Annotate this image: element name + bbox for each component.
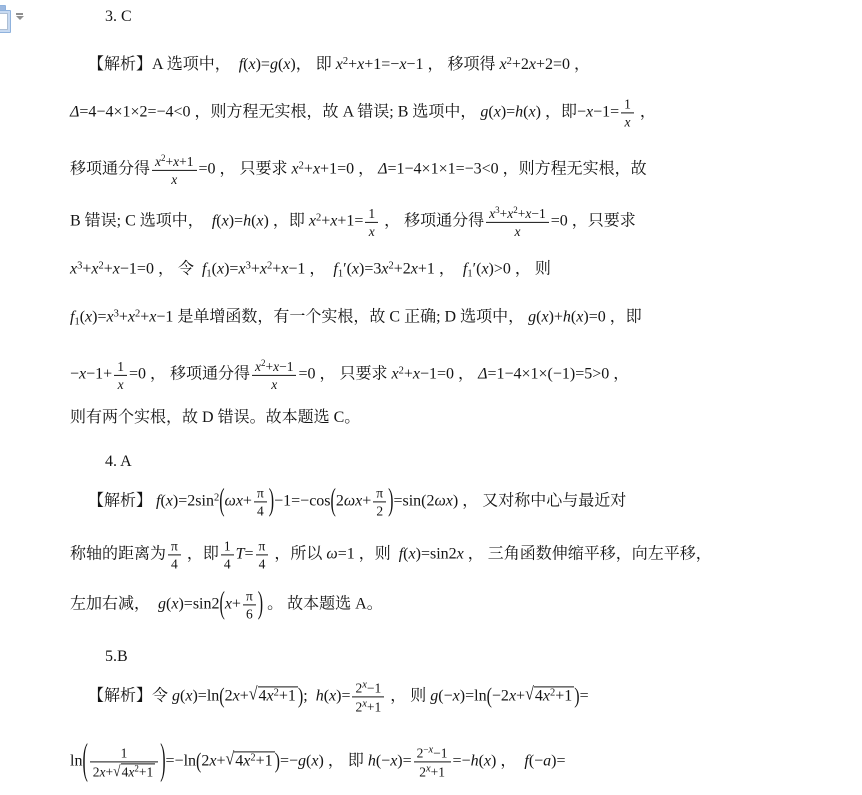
text-line-1: 3. C: [105, 7, 132, 27]
text-line-10: 4. A: [105, 452, 132, 472]
text-line-7: f1(x)=x3+x2+x−1 是单增函数，有一个实根，故 C 正确; D 选项…: [70, 307, 642, 328]
paste-options-button[interactable]: [0, 7, 29, 33]
text-line-9: 则有两个实根，故 D 错误。故本题选 C。: [70, 408, 360, 428]
text-line-5: B 错误; C 选项中， f(x)=h(x) ，即 x2+x+1=1x ， 移项…: [70, 205, 636, 239]
text-line-8: −x−1+1x=0 ， 移项通分得x2+x−1x=0 ， 只要求 x2+x−1=…: [70, 358, 629, 392]
text-line-4: 移项通分得x2+x+1x=0 ， 只要求 x2+x+1=0 ， Δ=1−4×1×…: [70, 153, 647, 187]
text-line-12: 称轴的距离为π4 ，即14T=π4 ，所以 ω=1 ，则 f(x)=sin2x …: [70, 538, 712, 571]
text-line-13: 左加右减， g(x)=sin2(x+π6) 。 故本题选 A。: [70, 588, 383, 621]
text-line-16: ln(12x+√4x2+1)=−ln(2x+√4x2+1)=−g(x) ， 即 …: [70, 744, 566, 779]
chevron-down-icon[interactable]: [15, 13, 24, 21]
clipboard-page: [0, 13, 8, 30]
text-line-11: 【解析】 f(x)=2sin2(ωx+π4)−1=−cos(2ωx+π2)=si…: [88, 485, 626, 518]
clipboard-icon: [0, 10, 11, 33]
text-line-15: 【解析】令 g(x)=ln(2x+√4x2+1); h(x)=2x−12x+1 …: [88, 679, 589, 714]
text-line-6: x3+x2+x−1=0 ， 令 f1(x)=x3+x2+x−1 ， f1′(x)…: [70, 259, 551, 280]
text-line-2: 【解析】A 选项中， f(x)=g(x)， 即 x2+x+1=−x−1 ， 移项…: [88, 55, 590, 75]
text-line-3: Δ=4−4×1×2=−4<0 ，则方程无实根，故 A 错误; B 选项中， g(…: [70, 96, 656, 129]
text-line-14: 5.B: [105, 647, 128, 667]
clipboard-clip: [0, 5, 6, 11]
document-page: 3. C【解析】A 选项中， f(x)=g(x)， 即 x2+x+1=−x−1 …: [0, 0, 862, 795]
